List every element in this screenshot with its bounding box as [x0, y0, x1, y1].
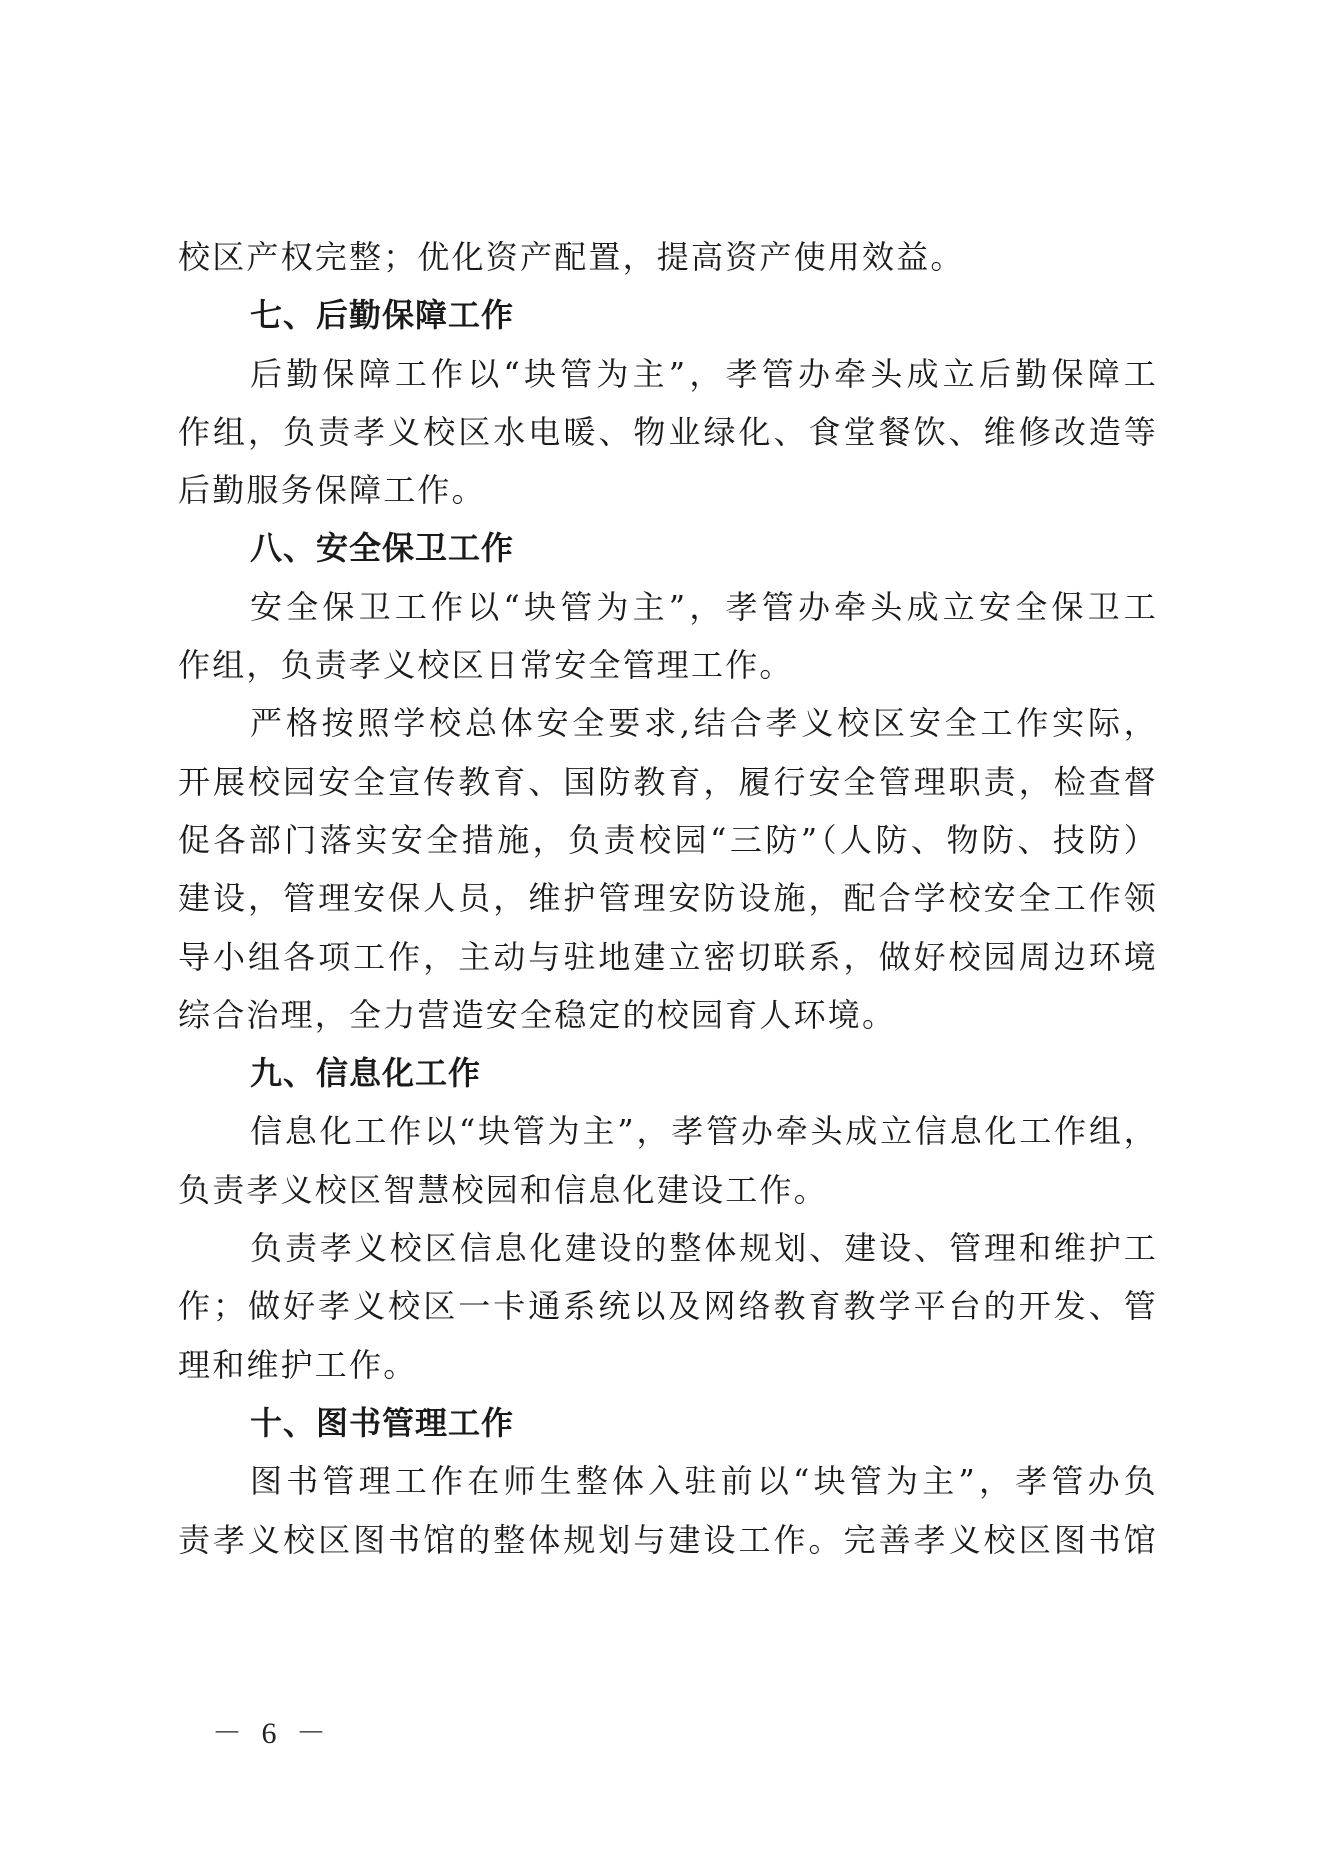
section-heading-library: 十、图书管理工作 — [178, 1394, 1158, 1452]
paragraph-line: 开展校园安全宣传教育、国防教育，履行安全管理职责，检查督 — [178, 753, 1158, 811]
page-number: － 6 － — [212, 1708, 332, 1752]
paragraph-line: 后勤服务保障工作。 — [178, 461, 1158, 519]
paragraph-line: 建设，管理安保人员，维护管理安防设施，配合学校安全工作领 — [178, 869, 1158, 927]
paragraph-line: 图书管理工作在师生整体入驻前以“块管为主”，孝管办负 — [178, 1452, 1158, 1510]
paragraph-line: 安全保卫工作以“块管为主”，孝管办牵头成立安全保卫工 — [178, 578, 1158, 636]
paragraph-line: 作；做好孝义校区一卡通系统以及网络教育教学平台的开发、管 — [178, 1277, 1158, 1335]
paragraph-line: 信息化工作以“块管为主”，孝管办牵头成立信息化工作组， — [178, 1102, 1158, 1160]
paragraph-line: 导小组各项工作，主动与驻地建立密切联系，做好校园周边环境 — [178, 928, 1158, 986]
paragraph-line: 负责孝义校区智慧校园和信息化建设工作。 — [178, 1161, 1158, 1219]
paragraph-line: 作组，负责孝义校区水电暖、物业绿化、食堂餐饮、维修改造等 — [178, 403, 1158, 461]
paragraph-line: 综合治理，全力营造安全稳定的校园育人环境。 — [178, 986, 1158, 1044]
paragraph-line: 校区产权完整；优化资产配置，提高资产使用效益。 — [178, 228, 1158, 286]
paragraph-line: 理和维护工作。 — [178, 1336, 1158, 1394]
paragraph-line: 后勤保障工作以“块管为主”，孝管办牵头成立后勤保障工 — [178, 345, 1158, 403]
section-heading-logistics: 七、后勤保障工作 — [178, 286, 1158, 344]
paragraph-line: 负责孝义校区信息化建设的整体规划、建设、管理和维护工 — [178, 1219, 1158, 1277]
paragraph-line: 严格按照学校总体安全要求,结合孝义校区安全工作实际， — [178, 694, 1158, 752]
paragraph-line: 作组，负责孝义校区日常安全管理工作。 — [178, 636, 1158, 694]
section-heading-informatization: 九、信息化工作 — [178, 1044, 1158, 1102]
document-page: 校区产权完整；优化资产配置，提高资产使用效益。 七、后勤保障工作 后勤保障工作以… — [178, 228, 1158, 1569]
paragraph-line: 促各部门落实安全措施，负责校园“三防”（人防、物防、技防） — [178, 811, 1158, 869]
section-heading-security: 八、安全保卫工作 — [178, 519, 1158, 577]
paragraph-line: 责孝义校区图书馆的整体规划与建设工作。完善孝义校区图书馆 — [178, 1511, 1158, 1569]
